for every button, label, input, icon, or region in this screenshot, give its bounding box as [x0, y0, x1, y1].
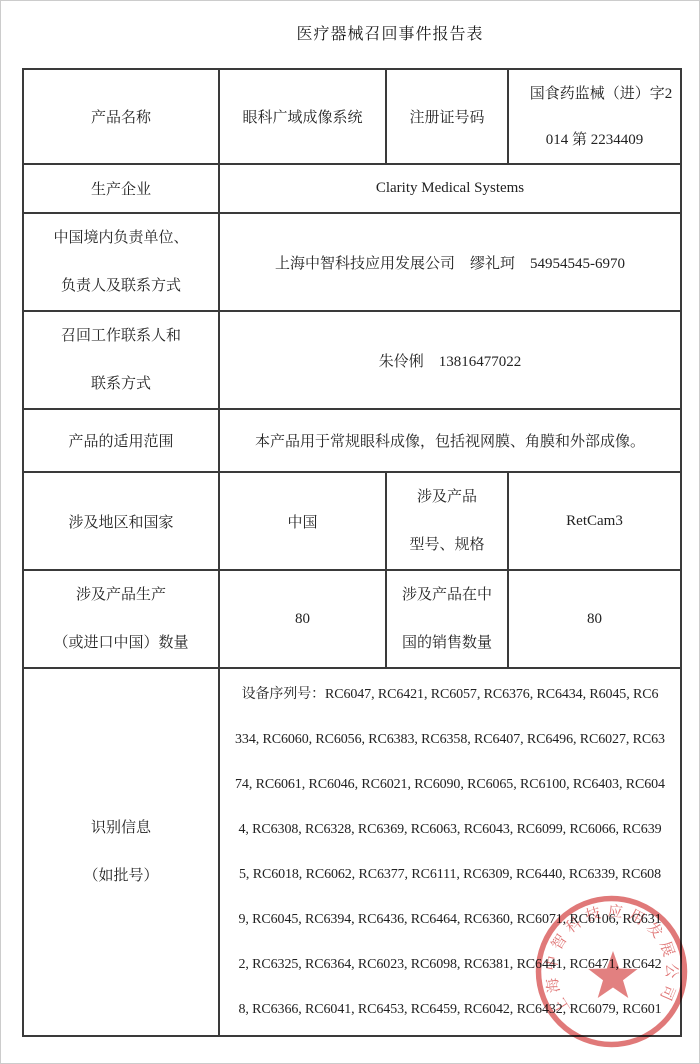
table-row: 涉及产品生产 （或进口中国）数量 80 涉及产品在中 国的销售数量 80 — [23, 570, 681, 668]
table-row: 生产企业 Clarity Medical Systems — [23, 164, 681, 213]
scope-label: 产品的适用范围 — [23, 409, 219, 472]
serial-numbers: 设备序列号：RC6047, RC6421, RC6057, RC6376, RC… — [219, 668, 681, 1036]
table-row: 产品的适用范围 本产品用于常规眼科成像，包括视网膜、角膜和外部成像。 — [23, 409, 681, 472]
registration-no-label: 注册证号码 — [386, 69, 508, 164]
table-row: 涉及地区和国家 中国 涉及产品 型号、规格 RetCam3 — [23, 472, 681, 570]
china-agent-value: 上海中智科技应用发展公司 缪礼珂 54954545-6970 — [219, 213, 681, 311]
table-row: 召回工作联系人和 联系方式 朱伶俐 13816477022 — [23, 311, 681, 409]
table-row: 中国境内负责单位、 负责人及联系方式 上海中智科技应用发展公司 缪礼珂 5495… — [23, 213, 681, 311]
product-name-value: 眼科广域成像系统 — [219, 69, 386, 164]
registration-no-line1: 国食药监械（进）字2 — [509, 71, 680, 117]
regions-value: 中国 — [219, 472, 386, 570]
production-qty-label: 涉及产品生产 （或进口中国）数量 — [23, 570, 219, 668]
identification-label: 识别信息 （如批号） — [23, 668, 219, 1036]
production-qty-value: 80 — [219, 570, 386, 668]
table-row: 识别信息 （如批号） 设备序列号：RC6047, RC6421, RC6057,… — [23, 668, 681, 1036]
models-value: RetCam3 — [508, 472, 681, 570]
serial-line: 9, RC6045, RC6394, RC6436, RC6464, RC636… — [220, 897, 680, 942]
regions-label: 涉及地区和国家 — [23, 472, 219, 570]
serial-line: 5, RC6018, RC6062, RC6377, RC6111, RC630… — [220, 852, 680, 897]
serial-line: 8, RC6366, RC6041, RC6453, RC6459, RC604… — [220, 987, 680, 1032]
recall-contact-label: 召回工作联系人和 联系方式 — [23, 311, 219, 409]
table-row: 产品名称 眼科广域成像系统 注册证号码 国食药监械（进）字2 014 第 223… — [23, 69, 681, 164]
serial-line: 74, RC6061, RC6046, RC6021, RC6090, RC60… — [220, 762, 680, 807]
recall-contact-value: 朱伶俐 13816477022 — [219, 311, 681, 409]
china-agent-label: 中国境内负责单位、 负责人及联系方式 — [23, 213, 219, 311]
page-title: 医疗器械召回事件报告表 — [0, 21, 700, 44]
product-name-label: 产品名称 — [23, 69, 219, 164]
manufacturer-value: Clarity Medical Systems — [219, 164, 681, 213]
scope-value: 本产品用于常规眼科成像，包括视网膜、角膜和外部成像。 — [219, 409, 681, 472]
recall-report-table: 产品名称 眼科广域成像系统 注册证号码 国食药监械（进）字2 014 第 223… — [22, 68, 682, 1037]
registration-no-line2: 014 第 2234409 — [509, 117, 680, 163]
registration-no-value: 国食药监械（进）字2 014 第 2234409 — [508, 69, 681, 164]
manufacturer-label: 生产企业 — [23, 164, 219, 213]
serial-line: 设备序列号：RC6047, RC6421, RC6057, RC6376, RC… — [220, 672, 680, 717]
serial-line: 334, RC6060, RC6056, RC6383, RC6358, RC6… — [220, 717, 680, 762]
serial-line: 4, RC6308, RC6328, RC6369, RC6063, RC604… — [220, 807, 680, 852]
serial-line: 2, RC6325, RC6364, RC6023, RC6098, RC638… — [220, 942, 680, 987]
china-sales-qty-value: 80 — [508, 570, 681, 668]
models-label: 涉及产品 型号、规格 — [386, 472, 508, 570]
china-sales-qty-label: 涉及产品在中 国的销售数量 — [386, 570, 508, 668]
